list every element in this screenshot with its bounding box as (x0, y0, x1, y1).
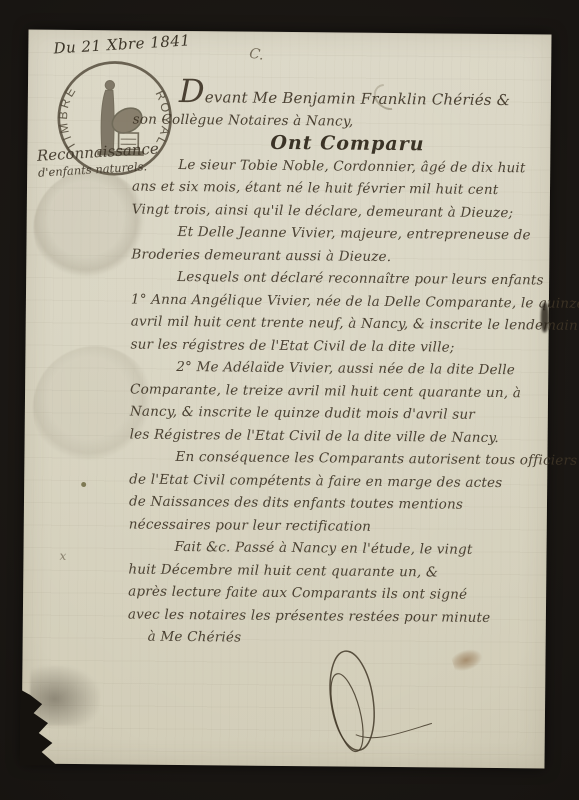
svg-text:TIMBRE: TIMBRE (56, 83, 80, 153)
act-body: Devant Me Benjamin Franklin Chériés & so… (128, 86, 563, 653)
signature-paraph (299, 638, 435, 779)
edge-tear (541, 302, 549, 332)
corner-smudge (30, 666, 101, 727)
top-center-mark: C. (248, 46, 265, 64)
document-page: Du 21 Xbre 1841 C. TIMBRE ROYAL (21, 30, 551, 769)
speck (81, 482, 86, 487)
date-note: Du 21 Xbre 1841 (53, 31, 191, 57)
margin-mark: x (59, 549, 66, 563)
stamp-left-text: TIMBRE (56, 83, 80, 153)
text-line: son Collègue Notaires à Nancy, (133, 108, 563, 135)
